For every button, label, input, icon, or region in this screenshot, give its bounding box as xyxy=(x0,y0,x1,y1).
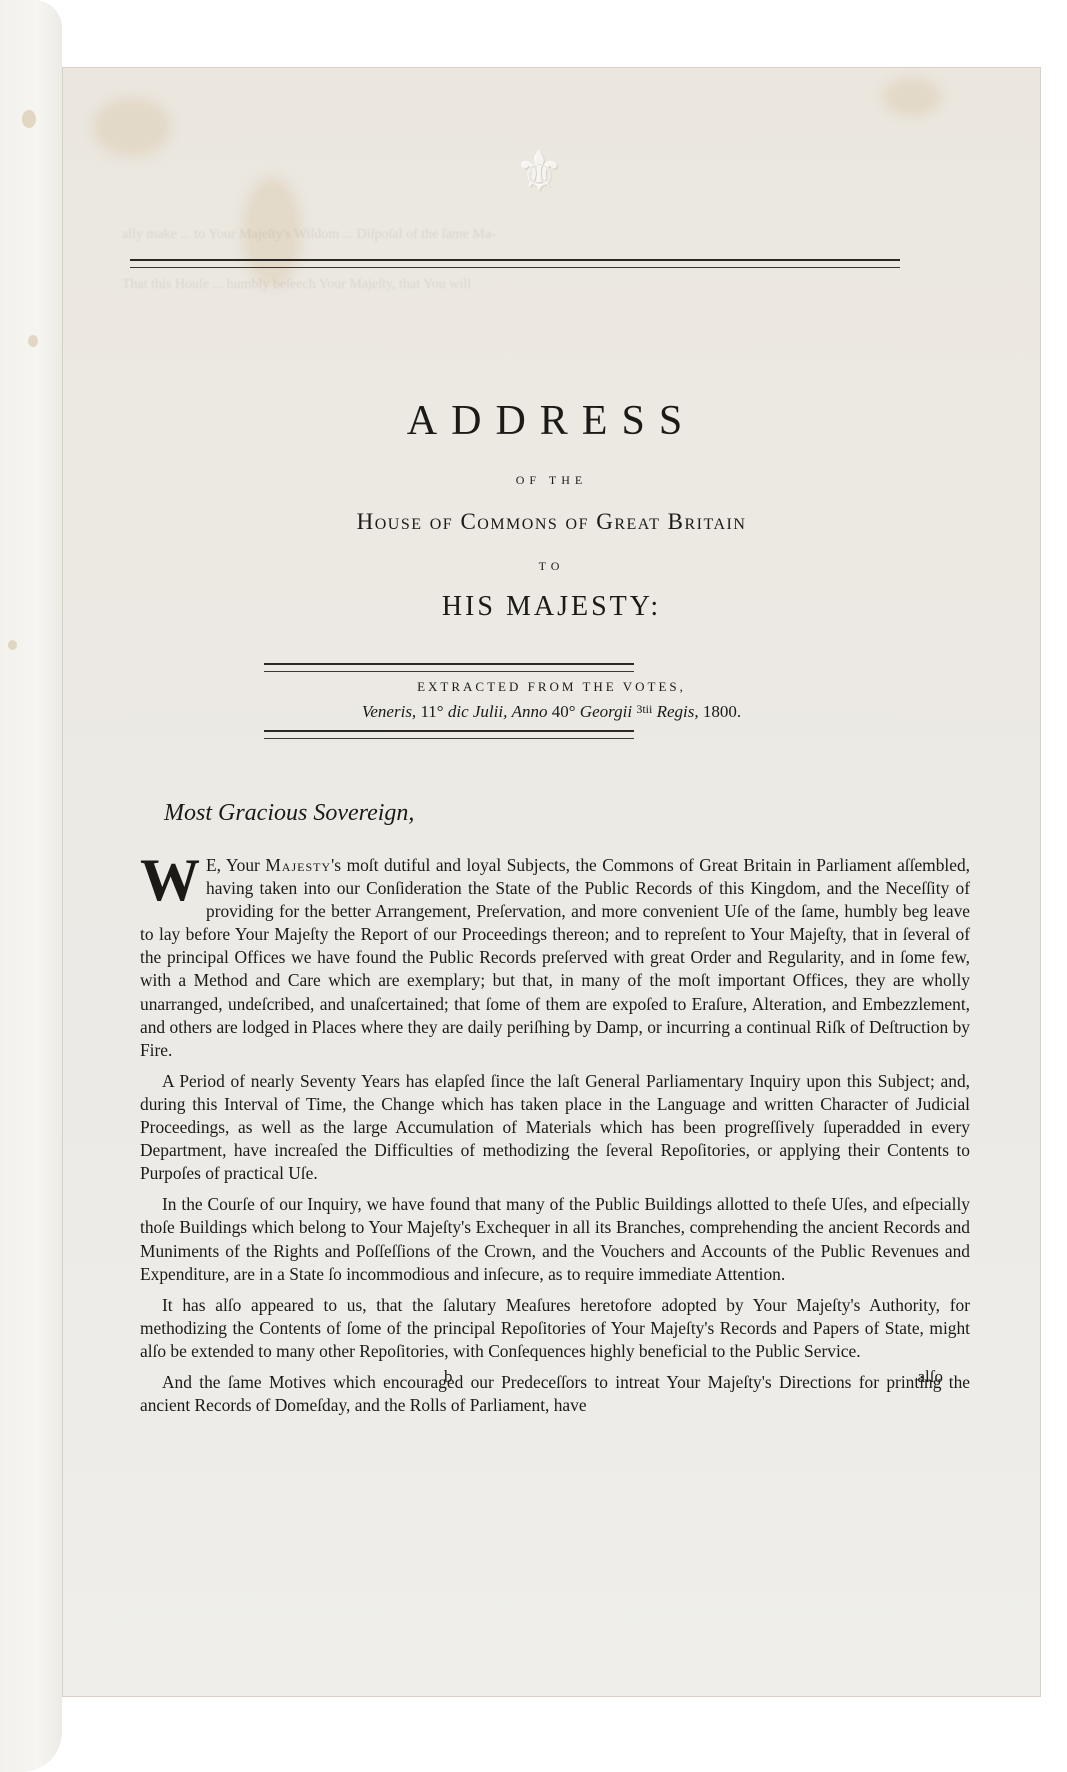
date-regis: Regis, xyxy=(657,702,699,721)
p1-majesty: Majesty xyxy=(265,855,331,875)
paper-stain xyxy=(92,97,172,157)
drop-cap: W xyxy=(140,857,200,903)
catchword: alſo xyxy=(918,1367,944,1387)
paragraph-4: It has alſo appeared to us, that the ſal… xyxy=(140,1294,970,1363)
date-anno: Anno xyxy=(512,702,548,721)
salutation: Most Gracious Sovereign, xyxy=(164,800,414,827)
votes-date: Veneris, 11° dic Julii, Anno 40° Georgii… xyxy=(62,702,1041,722)
upper-rule xyxy=(264,663,634,672)
foxing-spot xyxy=(22,110,36,128)
foxing-spot xyxy=(8,640,17,650)
subtitle-house: House of Commons of Great Britain xyxy=(62,509,1041,535)
embossed-crest-icon: ⚜ xyxy=(502,137,577,207)
bleed-through-text: That this Houſe ... humbly beſeech Your … xyxy=(122,277,471,293)
subtitle-to: TO xyxy=(62,559,1041,574)
bleed-through-text: ally make ... to Your Majeſty's Wiſdom .… xyxy=(122,227,496,243)
date-veneris: Veneris, xyxy=(362,702,416,721)
paper-stain xyxy=(882,77,942,117)
date-regnal-year: 40° xyxy=(552,702,576,721)
document-page: ally make ... to Your Majeſty's Wiſdom .… xyxy=(62,67,1041,1697)
signature-mark: b xyxy=(444,1367,453,1387)
foxing-spot xyxy=(28,335,38,347)
top-rule xyxy=(130,259,900,268)
date-year: 1800. xyxy=(703,702,741,721)
recipient-his-majesty: HIS MAJESTY: xyxy=(62,591,1041,623)
p1-start: E, Your xyxy=(206,855,265,875)
paragraph-5: And the ſame Motives which encouraged ou… xyxy=(140,1371,970,1417)
date-month: dic Julii, xyxy=(448,702,507,721)
paragraph-2: A Period of nearly Seventy Years has ela… xyxy=(140,1070,970,1185)
address-body: WE, Your Majesty's moſt dutiful and loya… xyxy=(140,854,970,1425)
date-georgii: Georgii xyxy=(580,702,632,721)
title-address: ADDRESS xyxy=(62,397,1041,445)
extracted-from-votes: EXTRACTED FROM THE VOTES, xyxy=(62,679,1041,695)
lower-rule xyxy=(264,730,634,739)
paragraph-3: In the Courſe of our Inquiry, we have fo… xyxy=(140,1193,970,1285)
subtitle-of-the: OF THE xyxy=(62,473,1041,488)
book-back-cover xyxy=(0,0,62,1772)
date-day: 11° xyxy=(420,702,443,721)
p1-rest: 's moſt dutiful and loyal Subjects, the … xyxy=(140,855,970,1060)
date-third: 3tii xyxy=(636,702,652,716)
paragraph-1: WE, Your Majesty's moſt dutiful and loya… xyxy=(140,854,970,1062)
